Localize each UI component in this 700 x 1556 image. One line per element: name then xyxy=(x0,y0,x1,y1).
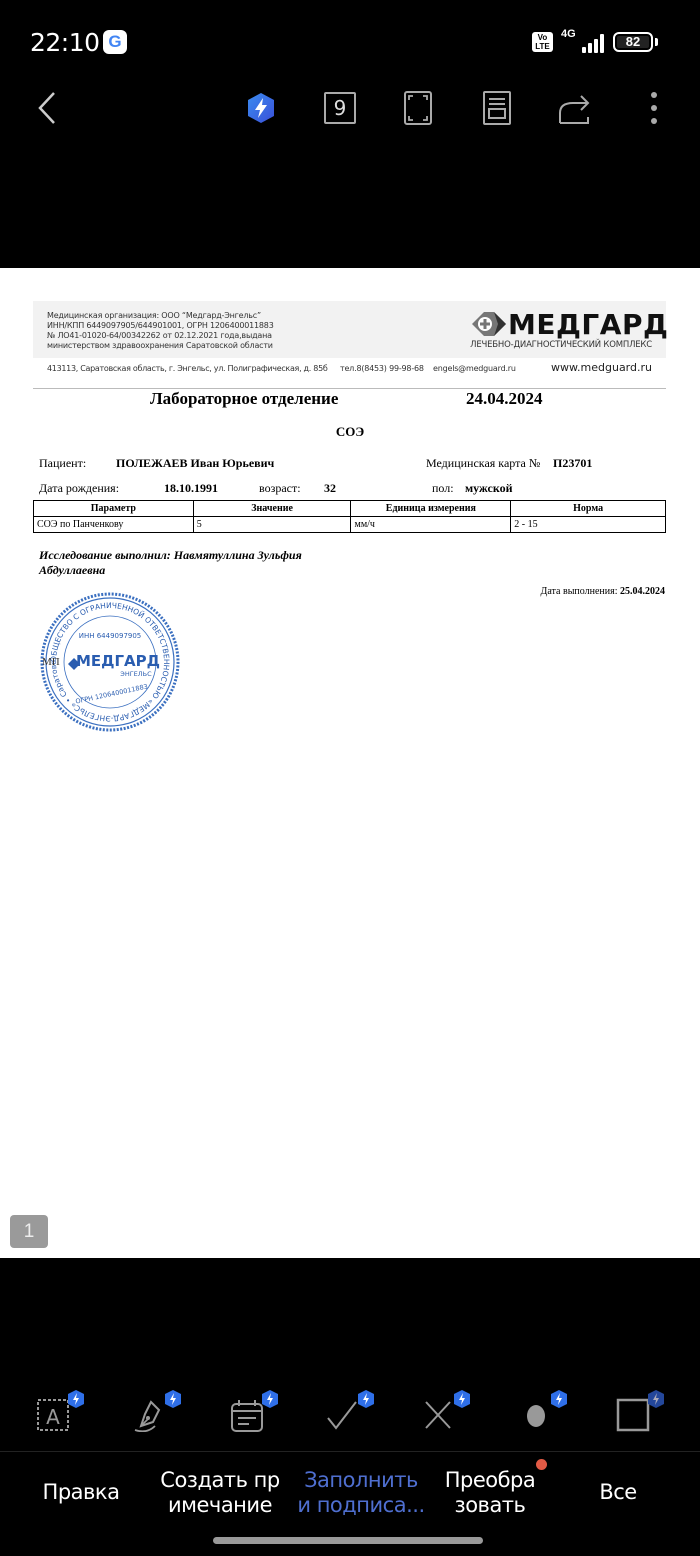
stamp-mp-label: МП xyxy=(42,656,60,668)
letterhead: Медицинская организация: ООО “Медгард-Эн… xyxy=(33,301,666,358)
report-date: 24.04.2024 xyxy=(466,389,543,409)
completion-date: Дата выполнения: 25.04.2024 xyxy=(541,586,665,597)
fit-screen-button[interactable] xyxy=(400,80,436,135)
more-options-button[interactable] xyxy=(640,80,668,135)
share-icon xyxy=(557,91,593,125)
notification-dot xyxy=(536,1459,547,1470)
column-header: Единица измерения xyxy=(351,501,511,517)
reader-mode-icon xyxy=(483,91,511,125)
patient-name: ПОЛЕЖАЕВ Иван Юрьевич xyxy=(116,456,274,471)
back-button[interactable] xyxy=(30,80,64,135)
card-label: Медицинская карта № xyxy=(426,456,540,471)
stamp-ogrn: ОГРН 1206400011883 xyxy=(75,682,149,705)
rectangle-tool[interactable] xyxy=(616,1390,664,1438)
website-link[interactable]: www.medguard.ru xyxy=(551,361,652,374)
age: 32 xyxy=(324,481,336,496)
test-title: СОЭ xyxy=(0,424,700,440)
norm-cell: 2 - 15 xyxy=(511,517,666,533)
status-bar: 22:10 G VoLTE 4G 82 xyxy=(0,0,700,80)
stamp-inn: ИНН 6449097905 xyxy=(79,632,142,640)
column-header: Параметр xyxy=(34,501,194,517)
medgard-logo: МЕДГАРД ЛЕЧЕБНО-ДИАГНОСТИЧЕСКИЙ КОМПЛЕКС xyxy=(472,310,652,352)
card-number: П23701 xyxy=(553,456,592,471)
table-header-row: Параметр Значение Единица измерения Норм… xyxy=(34,501,666,517)
org-line: ИНН/КПП 6449097905/644901001, ОГРН 12064… xyxy=(47,321,274,331)
tab-edit[interactable]: Правка xyxy=(22,1465,140,1520)
tab-convert[interactable]: Преобра зовать xyxy=(436,1465,544,1520)
value-cell: 5 xyxy=(193,517,351,533)
stamp-brand: МЕДГАРД xyxy=(76,652,160,670)
bottom-tab-bar: Правка Создать пр имечание Заполнить и п… xyxy=(0,1455,700,1530)
checkmark-icon xyxy=(326,1398,360,1432)
column-header: Норма xyxy=(511,501,666,517)
document-page[interactable]: Медицинская организация: ООО “Медгард-Эн… xyxy=(0,268,700,1258)
dot-tool[interactable] xyxy=(519,1390,567,1438)
date-tool[interactable] xyxy=(230,1390,278,1438)
reader-mode-button[interactable] xyxy=(479,80,515,135)
battery-level: 82 xyxy=(617,36,649,48)
tab-create-note[interactable]: Создать пр имечание xyxy=(158,1465,282,1520)
org-line: министерством здравоохранения Саратовско… xyxy=(47,341,274,351)
logo-name: МЕДГАРД xyxy=(508,308,668,341)
org-line: Медицинская организация: ООО “Медгард-Эн… xyxy=(47,311,274,321)
completion-date-label: Дата выполнения: xyxy=(541,586,618,597)
google-icon: G xyxy=(103,30,127,54)
ai-badge-icon xyxy=(648,1390,664,1408)
ai-badge-icon xyxy=(262,1390,278,1408)
column-header: Значение xyxy=(193,501,351,517)
calendar-icon xyxy=(230,1398,264,1432)
checkmark-tool[interactable] xyxy=(326,1390,374,1438)
stamp-city: ЭНГЕЛЬС xyxy=(120,670,152,678)
patient-label: Пациент: xyxy=(39,456,86,471)
ai-assistant-icon xyxy=(246,92,276,124)
sex: мужской xyxy=(465,481,513,496)
ai-badge-icon xyxy=(165,1390,181,1408)
email-link[interactable]: engels@medguard.ru xyxy=(433,364,516,373)
ai-badge-icon xyxy=(551,1390,567,1408)
fountain-pen-icon xyxy=(133,1398,167,1432)
tab-fill-and-sign[interactable]: Заполнить и подписа... xyxy=(296,1465,426,1520)
header-divider xyxy=(33,388,666,389)
battery-icon: 82 xyxy=(613,32,653,52)
top-toolbar: 9 xyxy=(0,80,700,135)
rectangle-icon xyxy=(616,1398,650,1432)
fill-sign-tools: A xyxy=(0,1380,700,1440)
signal-icon xyxy=(570,33,604,53)
home-indicator[interactable] xyxy=(213,1537,483,1544)
dob: 18.10.1991 xyxy=(164,481,218,496)
more-options-icon xyxy=(650,91,658,125)
fit-screen-icon xyxy=(404,91,432,125)
cross-tool[interactable] xyxy=(422,1390,470,1438)
clock: 22:10 xyxy=(30,28,100,57)
pages-icon: 9 xyxy=(324,92,356,124)
results-table: Параметр Значение Единица измерения Норм… xyxy=(33,500,666,533)
signature-tool[interactable] xyxy=(133,1390,181,1438)
sex-label: пол: xyxy=(432,481,454,496)
text-box-icon: A xyxy=(36,1398,70,1432)
ai-assistant-button[interactable] xyxy=(244,80,278,135)
battery-tip xyxy=(655,38,658,46)
page-indicator: 1 xyxy=(10,1215,48,1248)
completion-date-value: 25.04.2024 xyxy=(620,586,665,597)
tab-all[interactable]: Все xyxy=(578,1465,658,1520)
phone: тел.8(8453) 99-98-68 xyxy=(340,364,424,373)
address: 413113, Саратовская область, г. Энгельс,… xyxy=(47,364,328,373)
contacts-row: 413113, Саратовская область, г. Энгельс,… xyxy=(33,362,666,382)
volte-icon: VoLTE xyxy=(532,32,553,52)
cross-icon xyxy=(422,1398,456,1432)
ai-badge-icon xyxy=(68,1390,84,1408)
org-line: № ЛО41-01020-64/00342262 от 02.12.2021 г… xyxy=(47,331,274,341)
text-box-tool[interactable]: A xyxy=(36,1390,84,1438)
logo-cross-icon xyxy=(472,312,506,336)
ai-badge-icon xyxy=(454,1390,470,1408)
department-title: Лабораторное отделение xyxy=(150,389,338,409)
pages-button[interactable]: 9 xyxy=(322,80,358,135)
table-row: СОЭ по Панченкову 5 мм/ч 2 - 15 xyxy=(34,517,666,533)
tools-divider xyxy=(0,1451,700,1452)
organization-info: Медицинская организация: ООО “Медгард-Эн… xyxy=(47,311,274,351)
back-icon xyxy=(37,91,57,125)
dot-icon xyxy=(519,1398,553,1432)
svg-text:A: A xyxy=(46,1405,60,1429)
dob-label: Дата рождения: xyxy=(39,481,119,496)
performed-by: Исследование выполнил: Навмятуллина Зуль… xyxy=(39,548,339,578)
unit-cell: мм/ч xyxy=(351,517,511,533)
logo-subtitle: ЛЕЧЕБНО-ДИАГНОСТИЧЕСКИЙ КОМПЛЕКС xyxy=(470,340,652,350)
ai-badge-icon xyxy=(358,1390,374,1408)
age-label: возраст: xyxy=(259,481,301,496)
parameter-cell: СОЭ по Панченкову xyxy=(34,517,194,533)
share-button[interactable] xyxy=(555,80,595,135)
